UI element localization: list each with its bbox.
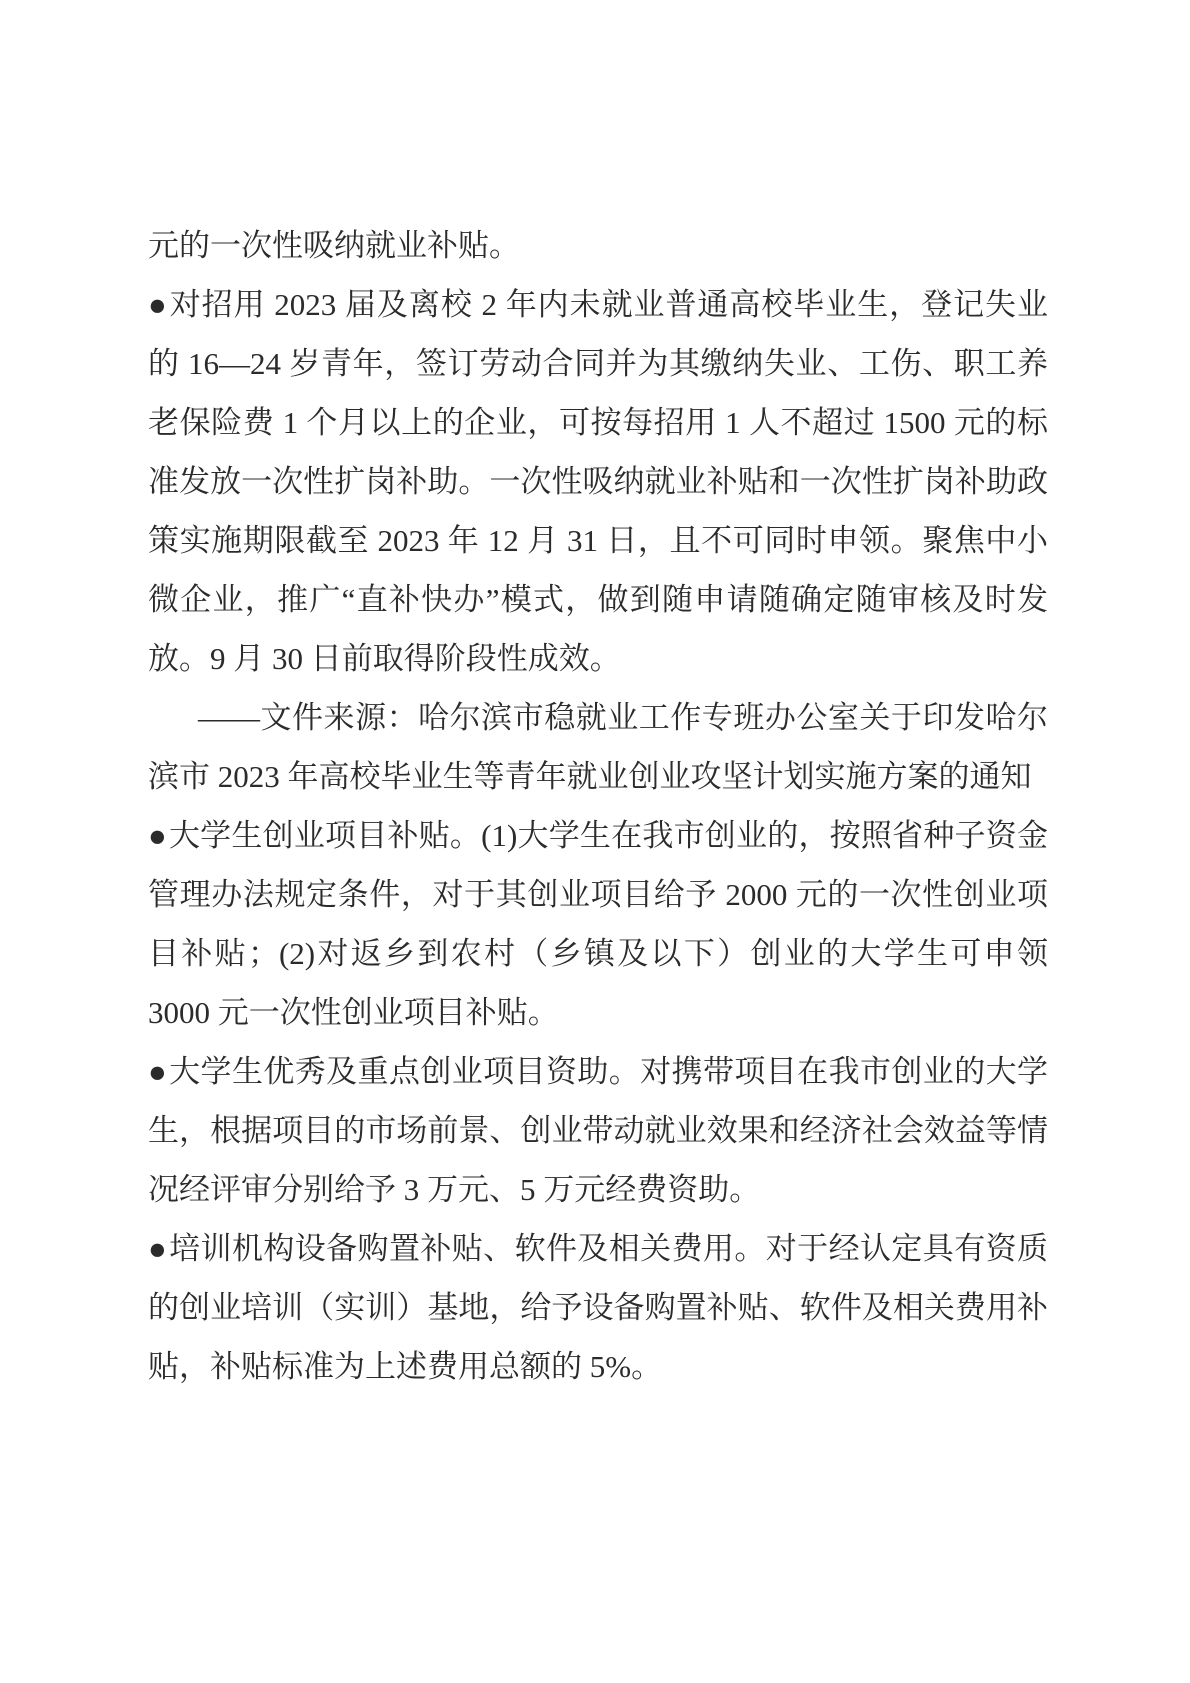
paragraph-text: ——文件来源：哈尔滨市稳就业工作专班办公室关于印发哈尔滨市 2023 年高校毕业…	[148, 700, 1048, 794]
paragraph-bullet-training-equipment-subsidy: ●培训机构设备购置补贴、软件及相关费用。对于经认定具有资质的创业培训（实训）基地…	[148, 1219, 1048, 1396]
paragraph-bullet-expand-post-subsidy: ●对招用 2023 届及离校 2 年内未就业普通高校毕业生，登记失业的 16—2…	[148, 275, 1048, 688]
paragraph-text: 培训机构设备购置补贴、软件及相关费用。对于经认定具有资质的创业培训（实训）基地，…	[148, 1231, 1048, 1384]
paragraph-text: 大学生优秀及重点创业项目资助。对携带项目在我市创业的大学生，根据项目的市场前景、…	[148, 1054, 1048, 1207]
document-content: 元的一次性吸纳就业补贴。 ●对招用 2023 届及离校 2 年内未就业普通高校毕…	[148, 216, 1048, 1396]
paragraph-text: 对招用 2023 届及离校 2 年内未就业普通高校毕业生，登记失业的 16—24…	[148, 287, 1048, 676]
paragraph-bullet-startup-project-subsidy: ●大学生创业项目补贴。(1)大学生在我市创业的，按照省种子资金管理办法规定条件，…	[148, 806, 1048, 1042]
paragraph-text: 大学生创业项目补贴。(1)大学生在我市创业的，按照省种子资金管理办法规定条件，对…	[148, 818, 1048, 1030]
paragraph-intro-continuation: 元的一次性吸纳就业补贴。	[148, 216, 1048, 275]
paragraph-bullet-key-project-funding: ●大学生优秀及重点创业项目资助。对携带项目在我市创业的大学生，根据项目的市场前景…	[148, 1042, 1048, 1219]
document-page: 元的一次性吸纳就业补贴。 ●对招用 2023 届及离校 2 年内未就业普通高校毕…	[0, 0, 1190, 1683]
bullet-icon: ●	[148, 287, 170, 322]
bullet-icon: ●	[148, 818, 169, 853]
bullet-icon: ●	[148, 1231, 169, 1266]
bullet-icon: ●	[148, 1054, 169, 1089]
paragraph-text: 元的一次性吸纳就业补贴。	[148, 228, 520, 263]
paragraph-document-source: ——文件来源：哈尔滨市稳就业工作专班办公室关于印发哈尔滨市 2023 年高校毕业…	[148, 688, 1048, 806]
